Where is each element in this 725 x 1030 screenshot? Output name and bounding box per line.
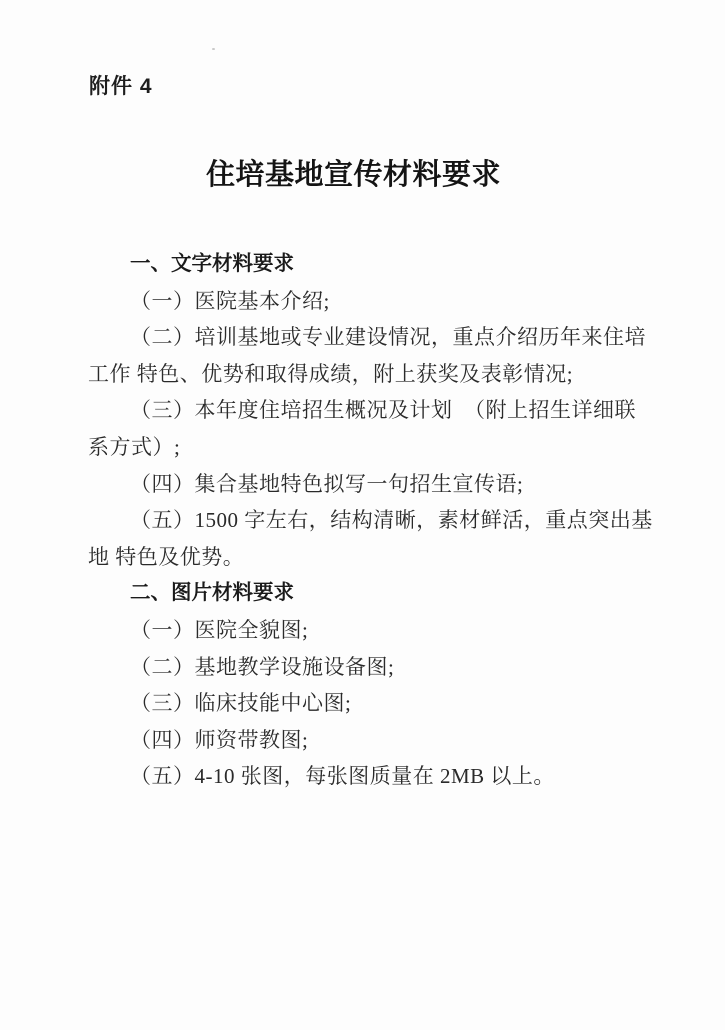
document-line: （二）基地教学设施设备图;: [88, 649, 640, 686]
document-line: （四）师资带教图;: [88, 722, 640, 759]
document-line-continuation: 系方式）;: [88, 429, 640, 466]
document-line: （三）临床技能中心图;: [88, 685, 640, 722]
document-line: （五）1500 字左右，结构清晰，素材鲜活，重点突出基: [88, 502, 640, 539]
scan-speck: [212, 48, 215, 50]
section-heading-text: 一、文字材料要求: [88, 246, 640, 283]
document-line: （一）医院基本介绍;: [88, 283, 640, 320]
section-heading-text: 二、图片材料要求: [88, 575, 640, 612]
document-line: （五）4-10 张图，每张图质量在 2MB 以上。: [88, 758, 640, 795]
document-page: 附件 4 住培基地宣传材料要求 一、文字材料要求 （一）医院基本介绍; （二）培…: [0, 0, 725, 1030]
document-line: （一）医院全貌图;: [88, 612, 640, 649]
document-line-continuation: 工作 特色、优势和取得成绩，附上获奖及表彰情况;: [88, 356, 640, 393]
document-body: 一、文字材料要求 （一）医院基本介绍; （二）培训基地或专业建设情况，重点介绍历…: [88, 246, 640, 795]
document-line-continuation: 地 特色及优势。: [88, 539, 640, 576]
document-line: （三）本年度住培招生概况及计划 （附上招生详细联: [88, 392, 640, 429]
document-title: 住培基地宣传材料要求: [0, 152, 707, 193]
attachment-label: 附件 4: [89, 70, 153, 100]
document-line: （四）集合基地特色拟写一句招生宣传语;: [88, 466, 640, 503]
document-line: （二）培训基地或专业建设情况，重点介绍历年来住培: [88, 319, 640, 356]
